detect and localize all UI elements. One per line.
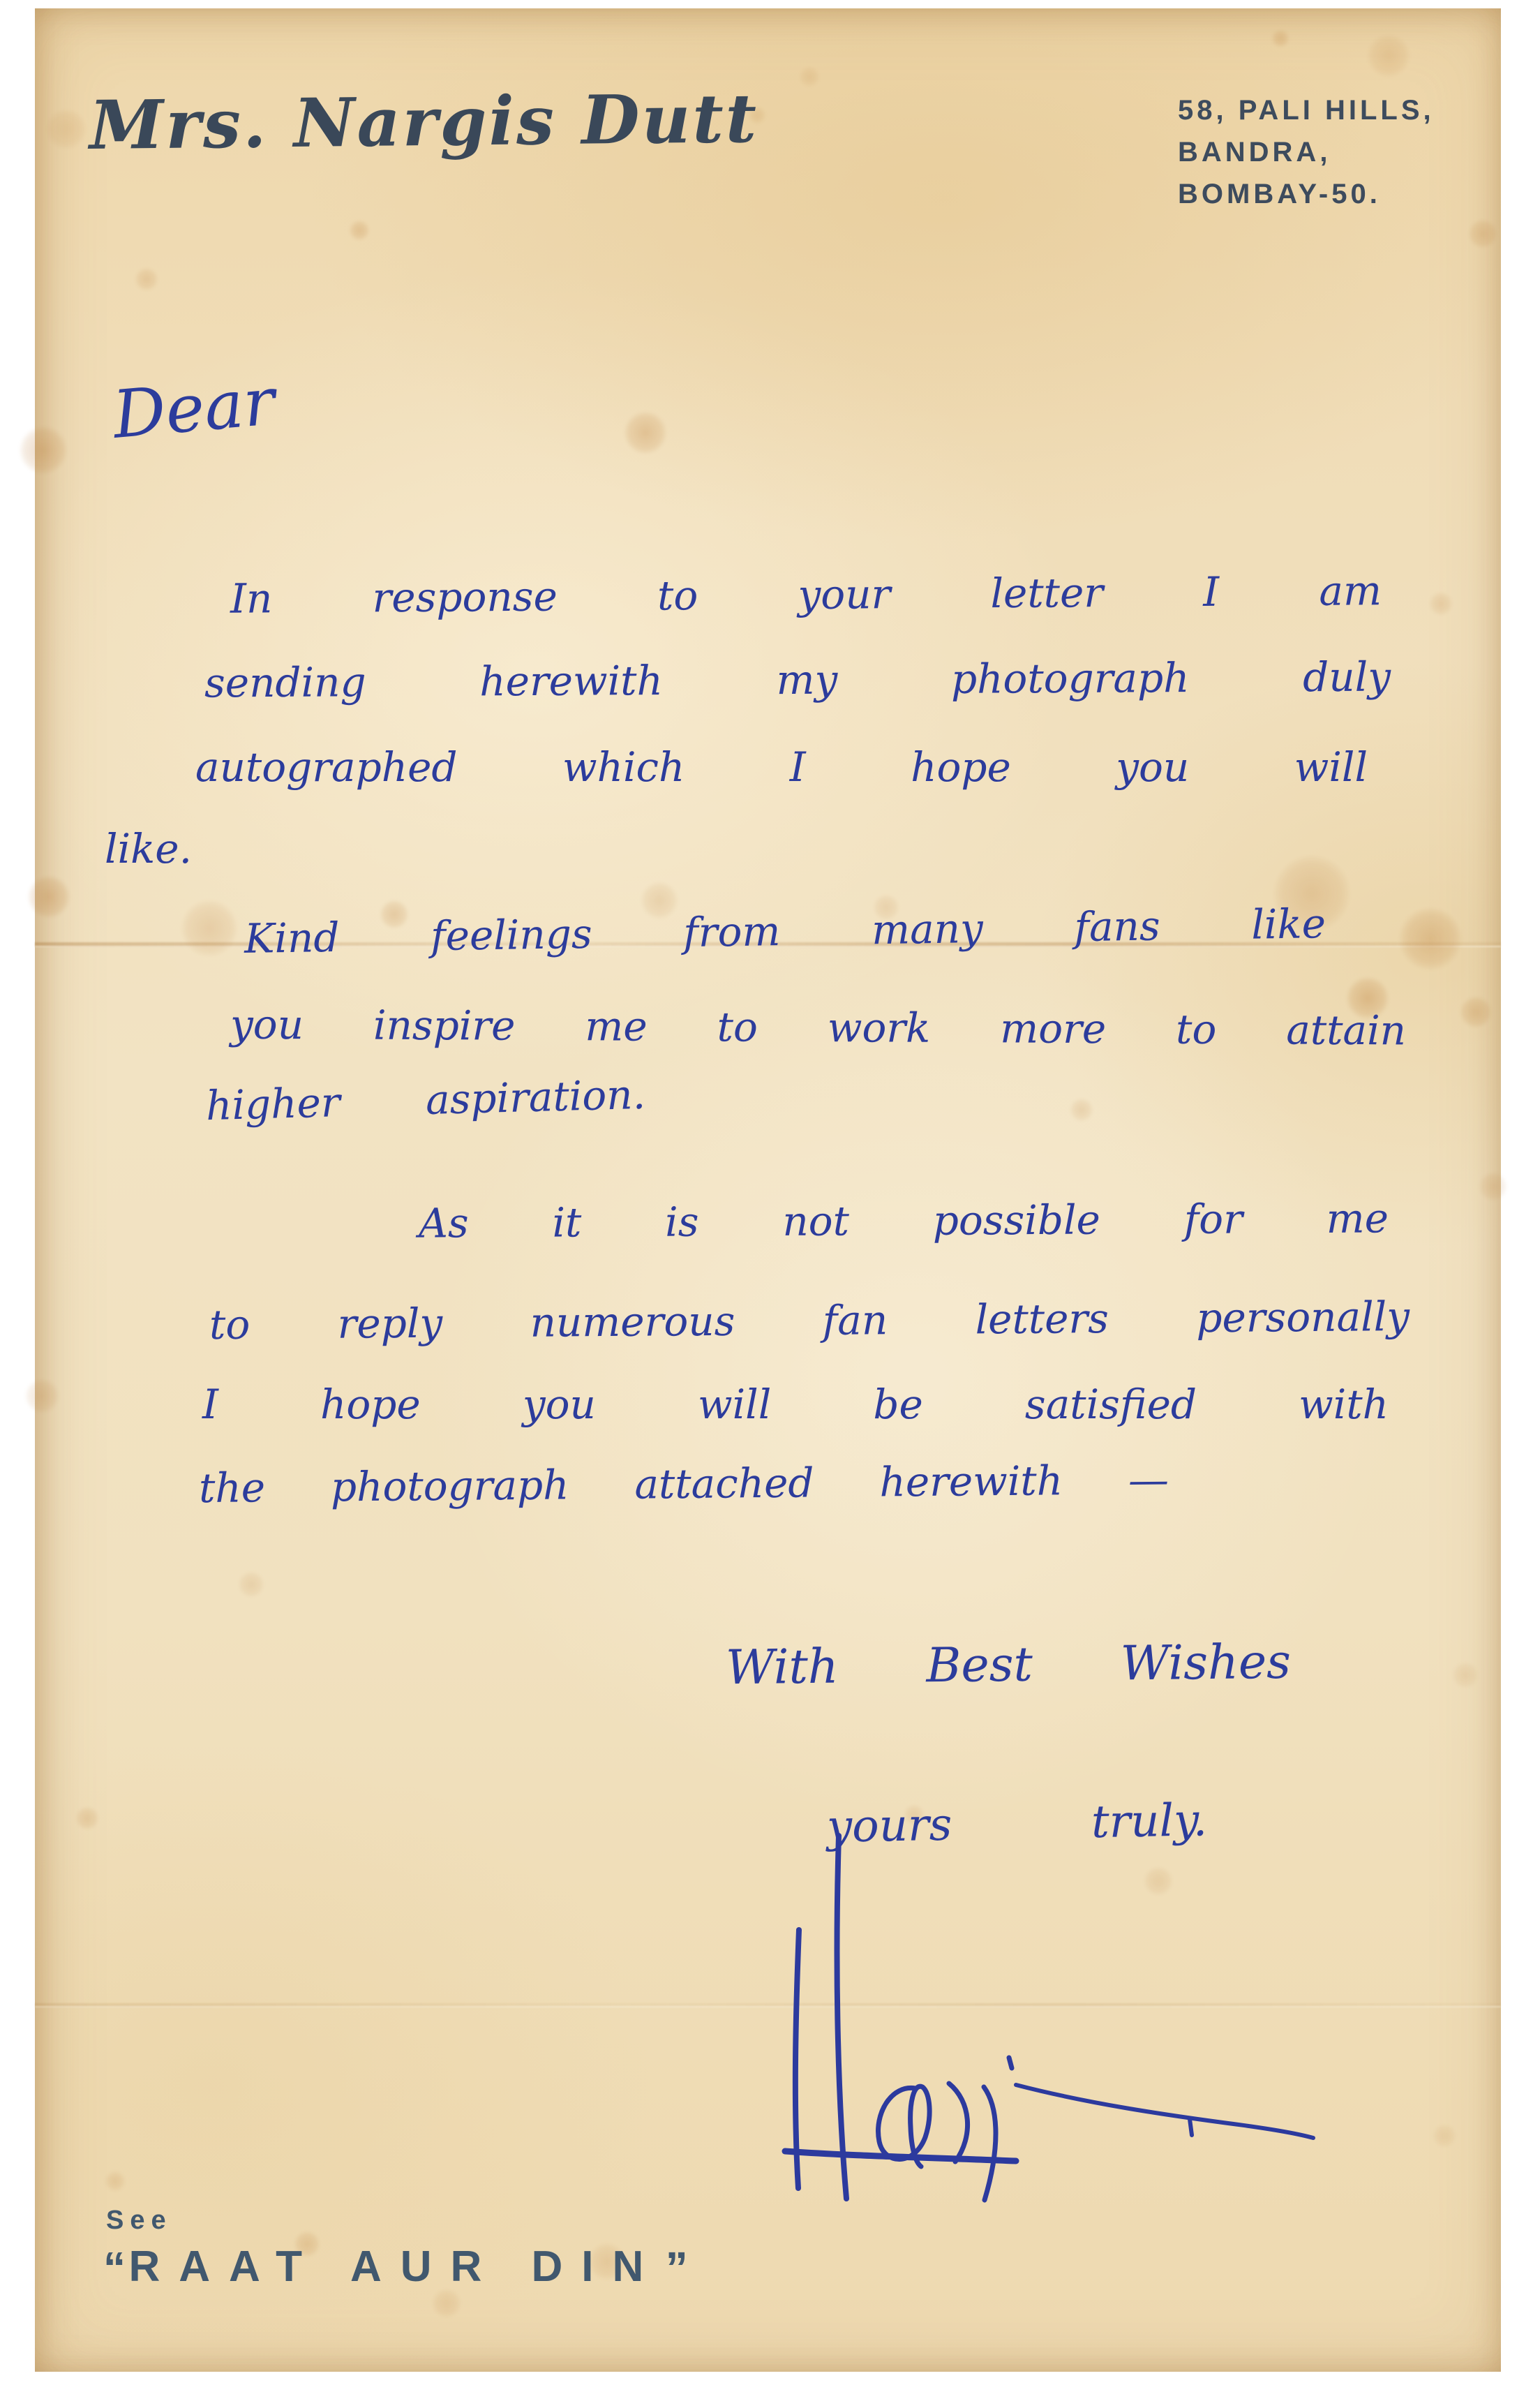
address-line-2: BANDRA, [1178,131,1435,173]
age-spot [28,876,70,918]
age-spot [1433,2125,1456,2147]
letter-line-6: you inspire me to work more to attain [230,1001,1406,1055]
letter-line-3: autographed which I hope you will [195,743,1368,792]
age-spot [20,426,67,474]
letter-line-4: like. [105,825,192,874]
age-spot [625,412,666,454]
see-label: See [106,2206,172,2236]
age-spot [47,110,86,149]
letter-line-10: I hope you will be satisfied with [202,1381,1389,1429]
age-spot [105,2171,125,2191]
open-quote: “ [103,2243,126,2293]
age-spot [1400,908,1461,969]
address-line-3: BOMBAY-50. [1178,173,1435,215]
letter-line-1: In response to your letter I am [230,567,1382,623]
age-spot [1272,30,1289,47]
age-spot [135,268,158,290]
age-spot [1430,593,1452,615]
letter-line-9: to reply numerous fan letters personally [209,1293,1410,1350]
signature-scribble [740,1808,1340,2213]
age-spot [239,1572,264,1597]
age-spot [1453,1663,1478,1688]
letter-line-11: the photograph attached herewith — [199,1456,1169,1513]
age-spot [25,1379,59,1413]
age-spot [1469,220,1497,248]
age-spot [1368,35,1410,77]
close-quote: ” [666,2243,688,2293]
film-title-line: “ RAAT AUR DIN ” [103,2242,688,2294]
letterhead-address: 58, PALI HILLS, BANDRA, BOMBAY-50. [1178,89,1435,215]
age-spot [800,67,819,87]
age-spot [350,221,369,240]
age-spot [1479,1173,1507,1201]
age-spot [433,2289,461,2317]
letter-line-2: sending herewith my photograph duly [204,653,1391,708]
film-title: RAAT AUR DIN [128,2243,662,2291]
letterhead-name: Mrs. Nargis Dutt [89,79,758,165]
age-spot [76,1807,98,1829]
address-line-1: 58, PALI HILLS, [1178,89,1435,131]
age-spot [181,900,237,956]
age-spot [1070,1099,1093,1121]
closing-line: With Best Wishes [726,1634,1292,1697]
salutation: Dear [110,363,278,456]
age-spot [1460,997,1491,1027]
letter-line-8: As it is not possible for me [419,1194,1389,1248]
